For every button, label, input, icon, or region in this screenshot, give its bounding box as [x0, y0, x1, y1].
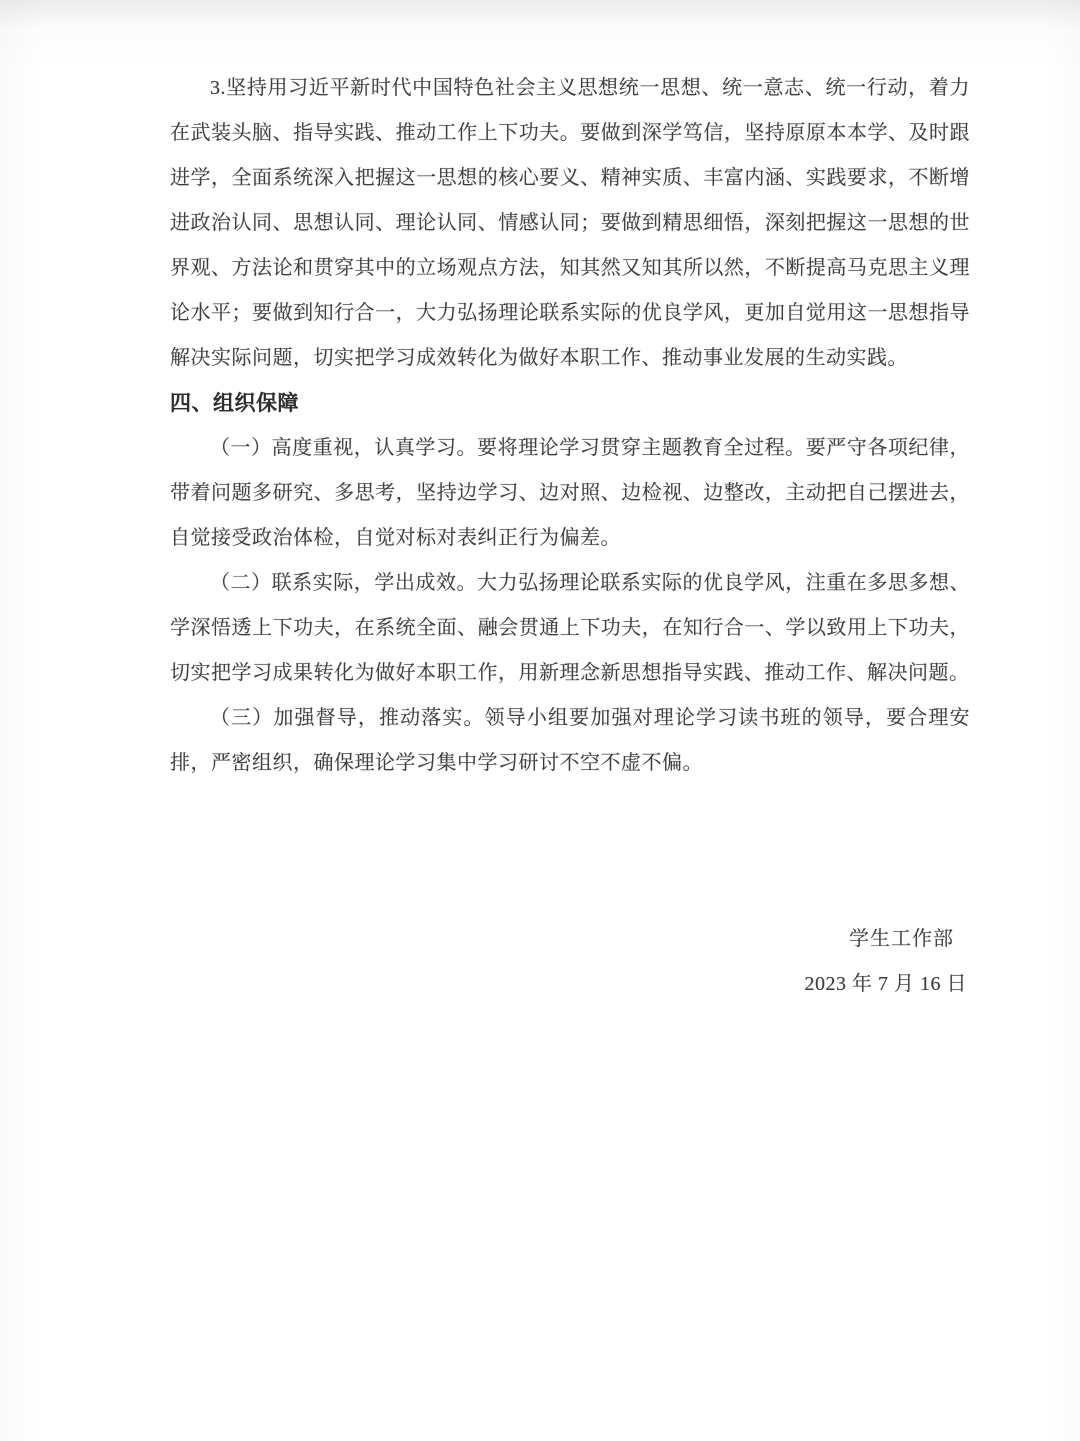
- signature-org: 学生工作部: [170, 917, 970, 962]
- section-heading-organization-guarantee: 四、组织保障: [170, 381, 970, 426]
- body-paragraph-point-3: 3.坚持用习近平新时代中国特色社会主义思想统一思想、统一意志、统一行动，着力在武…: [170, 66, 970, 381]
- signature-date: 2023 年 7 月 16 日: [170, 962, 970, 1007]
- document-page: 3.坚持用习近平新时代中国特色社会主义思想统一思想、统一意志、统一行动，着力在武…: [0, 0, 1080, 1441]
- paragraph-item-1: （一）高度重视，认真学习。要将理论学习贯穿主题教育全过程。要严守各项纪律，带着问…: [170, 426, 970, 561]
- paragraph-item-3: （三）加强督导，推动落实。领导小组要加强对理论学习读书班的领导，要合理安排，严密…: [170, 696, 970, 786]
- document-body: 3.坚持用习近平新时代中国特色社会主义思想统一思想、统一意志、统一行动，着力在武…: [170, 66, 970, 1007]
- paragraph-item-2: （二）联系实际，学出成效。大力弘扬理论联系实际的优良学风，注重在多思多想、学深悟…: [170, 561, 970, 696]
- signature-block: 学生工作部 2023 年 7 月 16 日: [170, 917, 970, 1007]
